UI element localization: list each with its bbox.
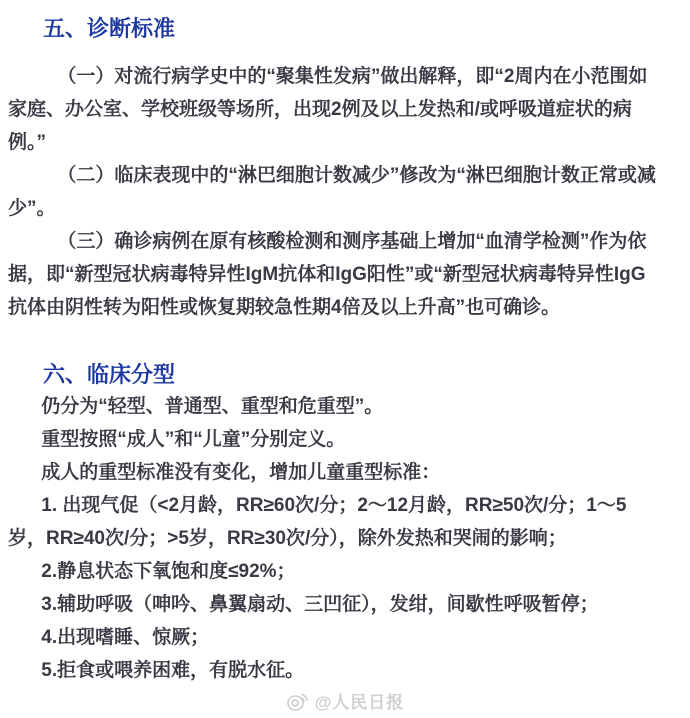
child-criterion-4: 4.出现嗜睡、惊厥； [8, 621, 682, 654]
child-criterion-3: 3.辅助呼吸（呻吟、鼻翼扇动、三凹征），发绀，间歇性呼吸暂停； [8, 588, 682, 621]
section-5-heading: 五、诊断标准 [43, 14, 682, 44]
diagnosis-item-3: （三）确诊病例在原有核酸检测和测序基础上增加“血清学检测”作为依 据，即“新型冠… [8, 225, 682, 324]
diagnosis-item-2: （二）临床表现中的“淋巴细胞计数减少”修改为“淋巴细胞计数正常或减 少”。 [8, 159, 682, 225]
section-diagnosis: 五、诊断标准 （一）对流行病学史中的“聚集性发病”做出解释，即“2周内在小范围如… [8, 14, 682, 324]
document-page: 五、诊断标准 （一）对流行病学史中的“聚集性发病”做出解释，即“2周内在小范围如… [0, 0, 690, 718]
child-criterion-1: 1. 出现气促（<2月龄，RR≥60次/分；2～12月龄，RR≥50次/分；1～… [8, 489, 682, 555]
section-6-heading: 六、临床分型 [43, 360, 682, 390]
watermark-text: @人民日报 [315, 688, 405, 713]
section-classification: 六、临床分型 仍分为“轻型、普通型、重型和危重型”。 重型按照“成人”和“儿童”… [8, 360, 682, 687]
diagnosis-item-1: （一）对流行病学史中的“聚集性发病”做出解释，即“2周内在小范围如 家庭、办公室… [8, 60, 682, 159]
severe-definition-note: 重型按照“成人”和“儿童”分别定义。 [8, 423, 682, 456]
classification-intro: 仍分为“轻型、普通型、重型和危重型”。 [8, 390, 682, 423]
child-criteria-intro: 成人的重型标准没有变化，增加儿童重型标准： [8, 456, 682, 489]
child-criterion-2: 2.静息状态下氧饱和度≤92%； [8, 555, 682, 588]
weibo-logo-icon [286, 690, 310, 712]
weibo-watermark: @人民日报 [8, 688, 682, 713]
child-criterion-5: 5.拒食或喂养困难，有脱水征。 [8, 654, 682, 687]
